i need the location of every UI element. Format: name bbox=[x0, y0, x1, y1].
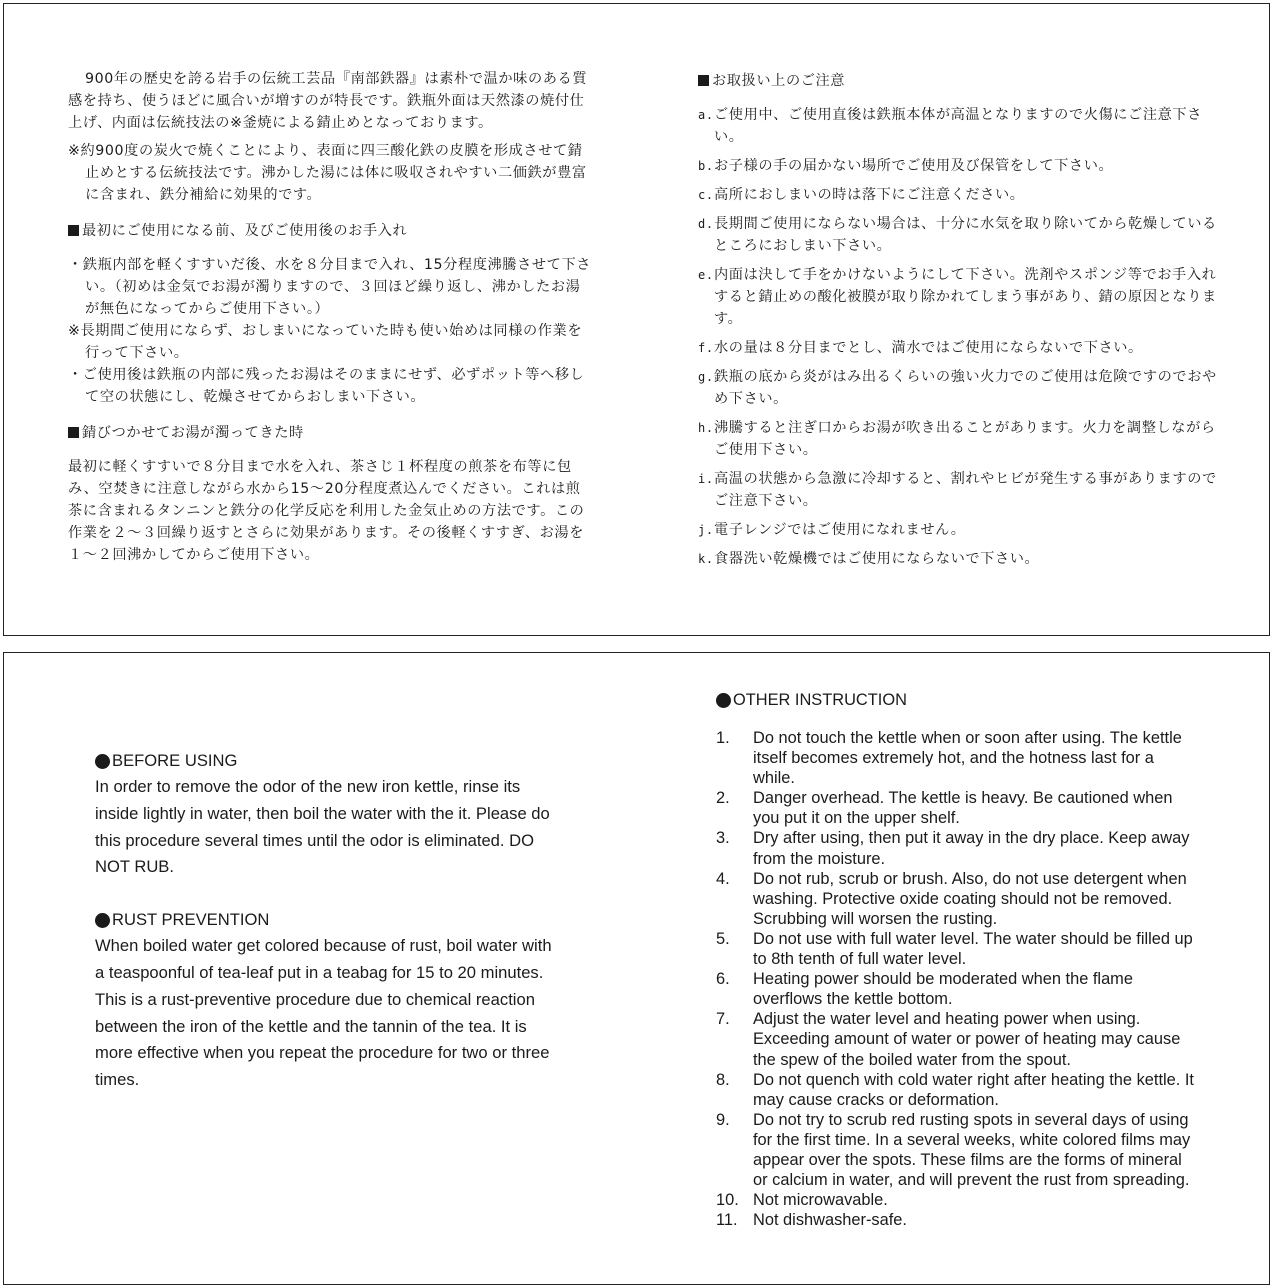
rust-prevention-heading: RUST PREVENTION bbox=[95, 907, 565, 933]
precaution-item: h.沸騰すると注ぎ口からお湯が吹き出ることがあります。火力を調整しながらご使用下… bbox=[698, 417, 1218, 461]
instruction-item: 1.Do not touch the kettle when or soon a… bbox=[716, 728, 1196, 788]
circle-bullet-icon bbox=[716, 693, 731, 708]
precaution-item: k.食器洗い乾燥機ではご使用にならないで下さい。 bbox=[698, 548, 1218, 570]
before-using-body: In order to remove the odor of the new i… bbox=[95, 774, 565, 881]
precaution-item: e.内面は決して手をかけないようにして下さい。洗剤やスポンジ等でお手入れすると錆… bbox=[698, 264, 1218, 330]
intro-note: ※約900度の炭火で焼くことにより、表面に四三酸化鉄の皮膜を形成させて錆止めとす… bbox=[68, 140, 593, 206]
square-bullet-icon bbox=[68, 225, 79, 236]
first-use-item: ・鉄瓶内部を軽くすすいだ後、水を８分目まで入れ、15分程度沸騰させて下さい。（初… bbox=[68, 254, 593, 320]
instruction-item: 4.Do not rub, scrub or brush. Also, do n… bbox=[716, 869, 1196, 929]
instruction-item: 8.Do not quench with cold water right af… bbox=[716, 1070, 1196, 1110]
intro-paragraph: 900年の歴史を誇る岩手の伝統工芸品『南部鉄器』は素朴で温か味のある質感を持ち、… bbox=[68, 68, 593, 134]
precaution-item: f.水の量は８分目までとし、満水ではご使用にならないで下さい。 bbox=[698, 337, 1218, 359]
instruction-item: 5.Do not use with full water level. The … bbox=[716, 929, 1196, 969]
rust-body: 最初に軽くすすいで８分目まで水を入れ、茶さじ１杯程度の煎茶を布等に包み、空焚きに… bbox=[68, 456, 593, 566]
instruction-item: 2.Danger overhead. The kettle is heavy. … bbox=[716, 788, 1196, 828]
square-bullet-icon bbox=[698, 75, 709, 86]
circle-bullet-icon bbox=[95, 754, 110, 769]
first-use-item: ・ご使用後は鉄瓶の内部に残ったお湯はそのままにせず、必ずポット等へ移して空の状態… bbox=[68, 364, 593, 408]
precaution-item: g.鉄瓶の底から炎がはみ出るくらいの強い火力でのご使用は危険ですのでおやめ下さい… bbox=[698, 366, 1218, 410]
precaution-item: b.お子様の手の届かない場所でご使用及び保管をして下さい。 bbox=[698, 155, 1218, 177]
precaution-item: a.ご使用中、ご使用直後は鉄瓶本体が高温となりますので火傷にご注意下さい。 bbox=[698, 104, 1218, 148]
square-bullet-icon bbox=[68, 427, 79, 438]
instruction-item: 6.Heating power should be moderated when… bbox=[716, 969, 1196, 1009]
before-using-heading: BEFORE USING bbox=[95, 748, 565, 774]
circle-bullet-icon bbox=[95, 913, 110, 928]
precaution-item: c.高所におしまいの時は落下にご注意ください。 bbox=[698, 184, 1218, 206]
precaution-item: j.電子レンジではご使用になれません。 bbox=[698, 519, 1218, 541]
instruction-list: 1.Do not touch the kettle when or soon a… bbox=[716, 728, 1196, 1230]
other-instruction-heading: OTHER INSTRUCTION bbox=[716, 688, 1196, 712]
instruction-item: 10.Not microwavable. bbox=[716, 1190, 1196, 1210]
instruction-item: 3.Dry after using, then put it away in t… bbox=[716, 828, 1196, 868]
rust-heading: 錆びつかせてお湯が濁ってきた時 bbox=[68, 422, 593, 444]
handling-precautions-heading: お取扱い上のご注意 bbox=[698, 70, 1218, 92]
precaution-item: i.高温の状態から急激に冷却すると、割れやヒビが発生する事がありますのでご注意下… bbox=[698, 468, 1218, 512]
japanese-left-column: 900年の歴史を誇る岩手の伝統工芸品『南部鉄器』は素朴で温か味のある質感を持ち、… bbox=[68, 68, 593, 572]
english-right-column: OTHER INSTRUCTION 1.Do not touch the ket… bbox=[716, 688, 1196, 1230]
precaution-item: d.長期間ご使用にならない場合は、十分に水気を取り除いてから乾燥しているところに… bbox=[698, 213, 1218, 257]
instruction-item: 11.Not dishwasher-safe. bbox=[716, 1210, 1196, 1230]
japanese-right-column: お取扱い上のご注意 a.ご使用中、ご使用直後は鉄瓶本体が高温となりますので火傷に… bbox=[698, 70, 1218, 577]
rust-prevention-body: When boiled water get colored because of… bbox=[95, 933, 565, 1094]
english-left-column: BEFORE USING In order to remove the odor… bbox=[95, 748, 565, 1120]
instruction-item: 9.Do not try to scrub red rusting spots … bbox=[716, 1110, 1196, 1190]
instruction-item: 7.Adjust the water level and heating pow… bbox=[716, 1009, 1196, 1069]
first-use-heading: 最初にご使用になる前、及びご使用後のお手入れ bbox=[68, 220, 593, 242]
first-use-item: ※長期間ご使用にならず、おしまいになっていた時も使い始めは同様の作業を行って下さ… bbox=[68, 320, 593, 364]
